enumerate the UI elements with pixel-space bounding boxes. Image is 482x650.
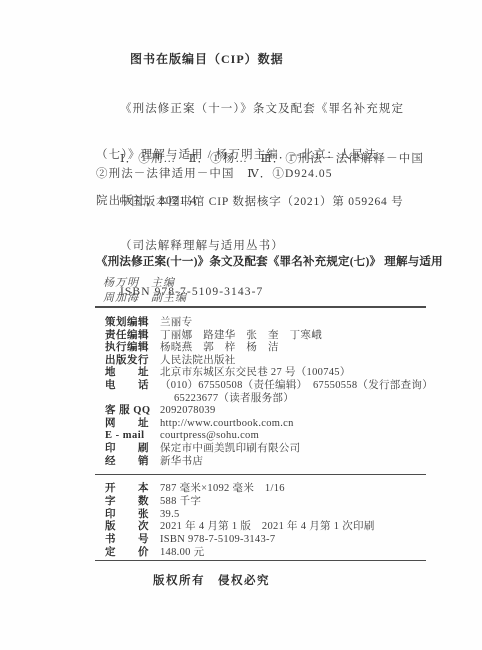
info-row-publisher: 出版发行 人民法院出版社 bbox=[105, 355, 435, 368]
info-row-planning-editor: 策划编辑 兰丽专 bbox=[105, 317, 435, 330]
cip-classification: Ⅰ．①刑… Ⅱ．①杨… Ⅲ．①刑法－法律解释－中国 ②刑法－法律适用－中国 Ⅳ．… bbox=[96, 152, 436, 183]
info-row-value: 39.5 bbox=[160, 509, 180, 522]
cip-registry-number: 中国版本图书馆 CIP 数据核字（2021）第 059264 号 bbox=[119, 193, 404, 209]
info-row-value: 787 毫米×1092 毫米 1/16 bbox=[160, 483, 285, 496]
info-row-label: 开 本 bbox=[105, 483, 151, 496]
info-row-label: 印 张 bbox=[105, 509, 151, 522]
info-row-label: 印 刷 bbox=[105, 443, 151, 456]
info-row-value: （010）67550508（责任编辑） 67550558（发行部查询） bbox=[160, 380, 433, 393]
info-row-value: courtpress@sohu.com bbox=[160, 430, 259, 443]
publication-info-table: 策划编辑 兰丽专 责任编辑 丁丽娜 路建华 张 奎 丁寒峨 执行编辑 杨晓燕 郭… bbox=[105, 317, 435, 468]
book-title: 《刑法修正案(十一)》条文及配套《罪名补充规定(七)》 理解与适用 bbox=[96, 253, 438, 269]
info-row-label: 字 数 bbox=[105, 496, 151, 509]
info-row-responsible-editors: 责任编辑 丁丽娜 路建华 张 奎 丁寒峨 bbox=[105, 330, 435, 343]
info-row-edition: 版 次 2021 年 4 月第 1 版 2021 年 4 月第 1 次印刷 bbox=[105, 521, 435, 534]
divider-middle bbox=[95, 474, 426, 475]
info-row-value: 丁丽娜 路建华 张 奎 丁寒峨 bbox=[160, 330, 322, 343]
info-row-value: 杨晓燕 郭 梓 杨 洁 bbox=[160, 342, 279, 355]
info-row-label: 策划编辑 bbox=[105, 317, 151, 330]
info-row-distributor: 经 销 新华书店 bbox=[105, 456, 435, 469]
info-row-service-qq: 客 服 QQ 2092078039 bbox=[105, 405, 435, 418]
info-row-printer: 印 刷 保定市中画美凯印刷有限公司 bbox=[105, 443, 435, 456]
info-row-label: 责任编辑 bbox=[105, 330, 151, 343]
info-row-label: 电 话 bbox=[105, 380, 151, 393]
info-row-address: 地 址 北京市东城区东交民巷 27 号（100745） bbox=[105, 367, 435, 380]
info-row-label: 网 址 bbox=[105, 418, 151, 431]
cip-classification-line: Ⅰ．①刑… Ⅱ．①杨… Ⅲ．①刑法－法律解释－中国 bbox=[96, 152, 436, 167]
info-row-label: 书 号 bbox=[105, 534, 151, 547]
info-row-label: 地 址 bbox=[105, 367, 151, 380]
copyright-notice: 版权所有 侵权必究 bbox=[153, 572, 270, 588]
info-row-value: 兰丽专 bbox=[160, 317, 192, 330]
info-row-value: 2092078039 bbox=[160, 405, 216, 418]
cip-heading: 图书在版编目（CIP）数据 bbox=[130, 50, 284, 67]
print-info-table: 开 本 787 毫米×1092 毫米 1/16 字 数 588 千字 印 张 3… bbox=[105, 483, 435, 560]
info-row-value: 北京市东城区东交民巷 27 号（100745） bbox=[160, 367, 351, 380]
info-row-isbn: 书 号 ISBN 978-7-5109-3143-7 bbox=[105, 534, 435, 547]
info-row-value: 保定市中画美凯印刷有限公司 bbox=[160, 443, 300, 456]
copyright-page: 图书在版编目（CIP）数据 《刑法修正案（十一）》条文及配套《罪名补充规定 （七… bbox=[0, 0, 482, 650]
info-row-value: http://www.courtbook.com.cn bbox=[160, 418, 294, 431]
info-row-label: E - mail bbox=[105, 430, 151, 443]
info-row-format: 开 本 787 毫米×1092 毫米 1/16 bbox=[105, 483, 435, 496]
info-row-value: 588 千字 bbox=[160, 496, 201, 509]
info-row-sheets: 印 张 39.5 bbox=[105, 509, 435, 522]
divider-bottom bbox=[95, 560, 426, 561]
info-row-label: 版 次 bbox=[105, 521, 151, 534]
info-row-telephone: 电 话 （010）67550508（责任编辑） 67550558（发行部查询） bbox=[105, 380, 435, 393]
info-row-value: 人民法院出版社 bbox=[160, 355, 236, 368]
info-row-email: E - mail courtpress@sohu.com bbox=[105, 430, 435, 443]
info-row-website: 网 址 http://www.courtbook.com.cn bbox=[105, 418, 435, 431]
deputy-editor: 周加海 副主编 bbox=[103, 289, 187, 305]
chief-editor: 杨万明 主编 bbox=[103, 274, 175, 290]
info-row-value: ISBN 978-7-5109-3143-7 bbox=[160, 534, 275, 547]
info-row-value: 65223677（读者服务部） bbox=[174, 393, 294, 406]
info-row-label: 定 价 bbox=[105, 547, 151, 560]
info-row-label: 出版发行 bbox=[105, 355, 151, 368]
info-row-value: 148.00 元 bbox=[160, 547, 204, 560]
divider-top bbox=[95, 306, 426, 308]
info-row-label: 经 销 bbox=[105, 456, 151, 469]
info-row-telephone-cont: 65223677（读者服务部） bbox=[105, 393, 435, 406]
cip-record-line: 《刑法修正案（十一）》条文及配套《罪名补充规定 bbox=[96, 102, 436, 117]
info-row-label: 执行编辑 bbox=[105, 342, 151, 355]
info-row-label: 客 服 QQ bbox=[105, 405, 151, 418]
info-row-word-count: 字 数 588 千字 bbox=[105, 496, 435, 509]
info-row-value: 2021 年 4 月第 1 版 2021 年 4 月第 1 次印刷 bbox=[160, 521, 375, 534]
info-row-executive-editors: 执行编辑 杨晓燕 郭 梓 杨 洁 bbox=[105, 342, 435, 355]
info-row-value: 新华书店 bbox=[160, 456, 203, 469]
info-row-price: 定 价 148.00 元 bbox=[105, 547, 435, 560]
cip-classification-line: ②刑法－法律适用－中国 Ⅳ．①D924.05 bbox=[96, 167, 436, 182]
